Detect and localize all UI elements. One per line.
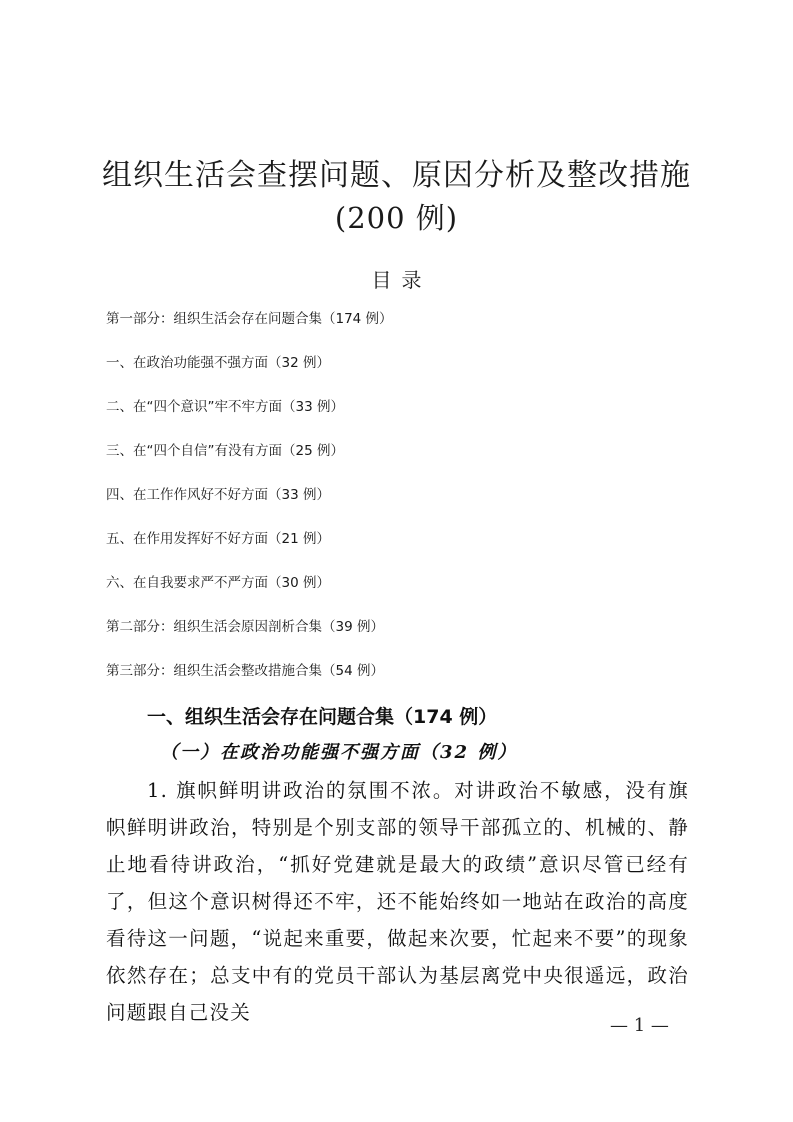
toc-item-part-3[interactable]: 第三部分：组织生活会整改措施合集（54 例）: [106, 662, 393, 706]
toc-item-section-6[interactable]: 六、在自我要求严不严方面（30 例）: [106, 574, 393, 618]
subsection-heading: （一）在政治功能强不强方面（32 例）: [160, 738, 517, 764]
toc-item-part-2[interactable]: 第二部分：组织生活会原因剖析合集（39 例）: [106, 618, 393, 662]
table-of-contents: 第一部分：组织生活会存在问题合集（174 例） 一、在政治功能强不强方面（32 …: [106, 310, 393, 706]
document-title-count: (200 例): [0, 196, 793, 237]
toc-item-section-4[interactable]: 四、在工作作风好不好方面（33 例）: [106, 486, 393, 530]
page-number: — 1 —: [610, 1015, 669, 1036]
toc-item-section-1[interactable]: 一、在政治功能强不强方面（32 例）: [106, 354, 393, 398]
section-heading: 一、组织生活会存在问题合集（174 例）: [147, 702, 497, 729]
toc-heading: 目录: [0, 264, 793, 293]
body-paragraph: 1. 旗帜鲜明讲政治的氛围不浓。对讲政治不敏感，没有旗帜鲜明讲政治，特别是个别支…: [106, 772, 689, 1031]
document-page: 组织生活会查摆问题、原因分析及整改措施 (200 例) 目录 第一部分：组织生活…: [0, 0, 793, 1122]
toc-item-section-3[interactable]: 三、在“四个自信”有没有方面（25 例）: [106, 442, 393, 486]
document-title: 组织生活会查摆问题、原因分析及整改措施: [0, 150, 793, 194]
toc-item-section-5[interactable]: 五、在作用发挥好不好方面（21 例）: [106, 530, 393, 574]
toc-item-section-2[interactable]: 二、在“四个意识”牢不牢方面（33 例）: [106, 398, 393, 442]
toc-item-part-1[interactable]: 第一部分：组织生活会存在问题合集（174 例）: [106, 310, 393, 354]
